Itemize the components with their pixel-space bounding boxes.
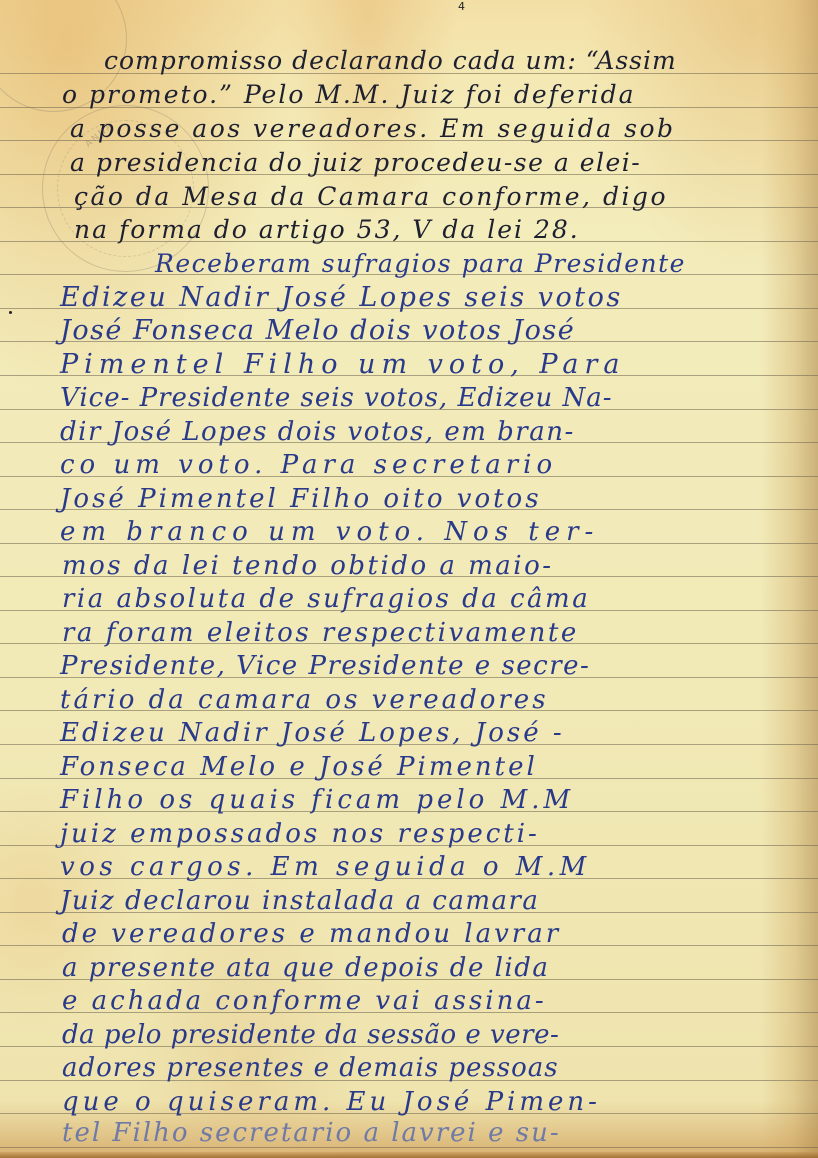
text-line-18: ra foram eleitos respectivamente xyxy=(62,618,579,648)
text-line-9: José Fonseca Melo dois votos José xyxy=(60,316,575,346)
text-line-5: ção da Mesa da Camara conforme, digo xyxy=(74,182,668,212)
text-line-16: mos da lei tendo obtido a maio- xyxy=(62,551,554,581)
text-line-1: compromisso declarando cada um: “Assim xyxy=(104,46,677,76)
text-line-2: o prometo.” Pelo M.M. Juiz foi deferida xyxy=(62,80,636,110)
text-line-6: na forma do artigo 53, V da lei 28. xyxy=(74,215,580,245)
text-line-30: da pelo presidente da sessão e vere- xyxy=(62,1020,559,1050)
text-line-13: co um voto. Para secretario xyxy=(60,450,557,480)
text-line-8: Edizeu Nadir José Lopes seis votos xyxy=(60,283,623,313)
text-line-4: a presidencia do juiz procedeu-se a elei… xyxy=(70,148,641,178)
text-line-24: juiz empossados nos respecti- xyxy=(60,819,540,849)
page-bottom-edge xyxy=(0,1152,818,1158)
text-line-22: Fonseca Melo e José Pimentel xyxy=(60,752,538,782)
text-line-32: que o quiseram. Eu José Pimen- xyxy=(62,1087,601,1117)
text-line-7: Receberam sufragios para Presidente xyxy=(155,249,686,279)
text-line-3: a posse aos vereadores. Em seguida sob xyxy=(70,114,676,144)
text-line-29: e achada conforme vai assina- xyxy=(62,986,547,1016)
text-line-12: dir José Lopes dois votos, em bran- xyxy=(60,417,575,447)
text-line-27: de vereadores e mandou lavrar xyxy=(62,919,561,949)
margin-dot xyxy=(9,311,12,314)
text-line-23: Filho os quais ficam pelo M.M xyxy=(60,785,574,815)
text-line-33: tel Filho secretario a lavrei e su- xyxy=(62,1118,561,1148)
text-line-19: Presidente, Vice Presidente e secre- xyxy=(60,651,590,681)
text-line-14: José Pimentel Filho oito votos xyxy=(60,484,542,514)
text-line-11: Vice- Presidente seis votos, Edizeu Na- xyxy=(60,383,613,413)
manuscript-page: ANNA 4 compromisso declarando cada um: “… xyxy=(0,0,818,1158)
text-line-25: vos cargos. Em seguida o M.M xyxy=(60,852,591,882)
text-line-17: ria absoluta de sufragios da câma xyxy=(62,584,590,614)
page-mark: 4 xyxy=(458,0,465,13)
text-line-15: em branco um voto. Nos ter- xyxy=(60,517,599,547)
text-line-26: Juiz declarou instalada a camara xyxy=(60,886,539,916)
text-line-21: Edizeu Nadir José Lopes, José - xyxy=(60,718,565,748)
text-line-31: adores presentes e demais pessoas xyxy=(62,1053,559,1083)
text-line-20: tário da camara os vereadores xyxy=(60,685,549,715)
text-line-28: a presente ata que depois de lida xyxy=(62,953,549,983)
text-line-10: Pimentel Filho um voto, Para xyxy=(60,350,625,380)
